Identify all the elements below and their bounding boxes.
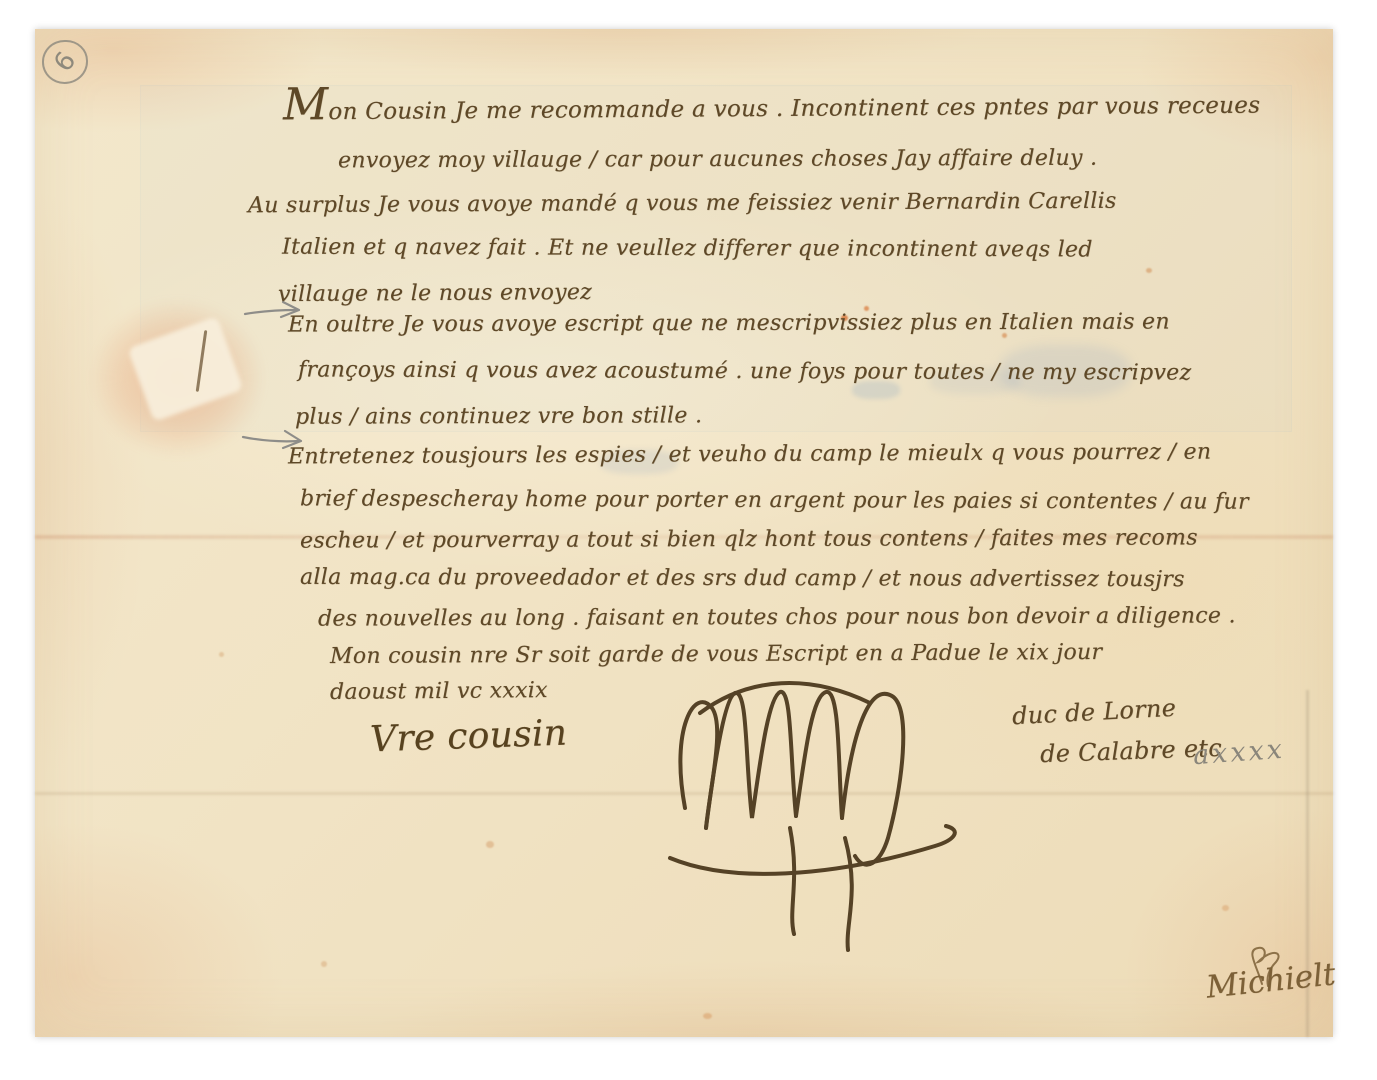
letter-line: brief despescheray home pour porter en a…	[300, 486, 1249, 514]
letter-line: Mon cousin nre Sr soit garde de vous Esc…	[330, 640, 1102, 669]
foxing-spot	[1146, 268, 1152, 273]
foxing-spot	[321, 961, 327, 967]
closing-salutation: Vre cousin	[369, 713, 567, 761]
signature-monogram	[640, 668, 1020, 968]
letter-line: plus / ains continuez vre bon stille .	[295, 403, 702, 429]
letter-line: des nouvelles au long . faisant en toute…	[318, 603, 1236, 631]
letter-line: alla mag.ca du proveedador et des srs du…	[300, 565, 1185, 592]
letter-line: françoys ainsi q vous avez acoustumé . u…	[298, 357, 1191, 385]
scanned-manuscript: 6 Mon Cousin Je me recommande a vous . I…	[0, 0, 1377, 1080]
foxing-spot	[1222, 905, 1229, 911]
foxing-spot	[219, 652, 224, 657]
foxing-spot	[486, 841, 494, 848]
pencil-shelfmark: axxxx	[1192, 734, 1286, 771]
folio-number: 6	[50, 48, 81, 76]
letter-line: Au surplus Je vous avoye mandé q vous me…	[248, 189, 1117, 219]
letter-line: envoyez moy villauge / car pour aucunes …	[338, 146, 1097, 174]
letter-line: En oultre Je vous avoye escript que ne m…	[288, 309, 1170, 337]
letter-line: Italien et q navez fait . Et ne veullez …	[282, 235, 1093, 263]
letter-line: Entretenez tousjours les espies / et veu…	[288, 440, 1211, 470]
foxing-spot	[703, 1013, 712, 1019]
letter-line: villauge ne le nous envoyez	[278, 280, 592, 307]
letter-line: daoust mil vc xxxix	[330, 678, 548, 705]
folio-number-circle: 6	[42, 40, 88, 84]
letter-line: escheu / et pourverray a tout si bien ql…	[300, 525, 1198, 553]
